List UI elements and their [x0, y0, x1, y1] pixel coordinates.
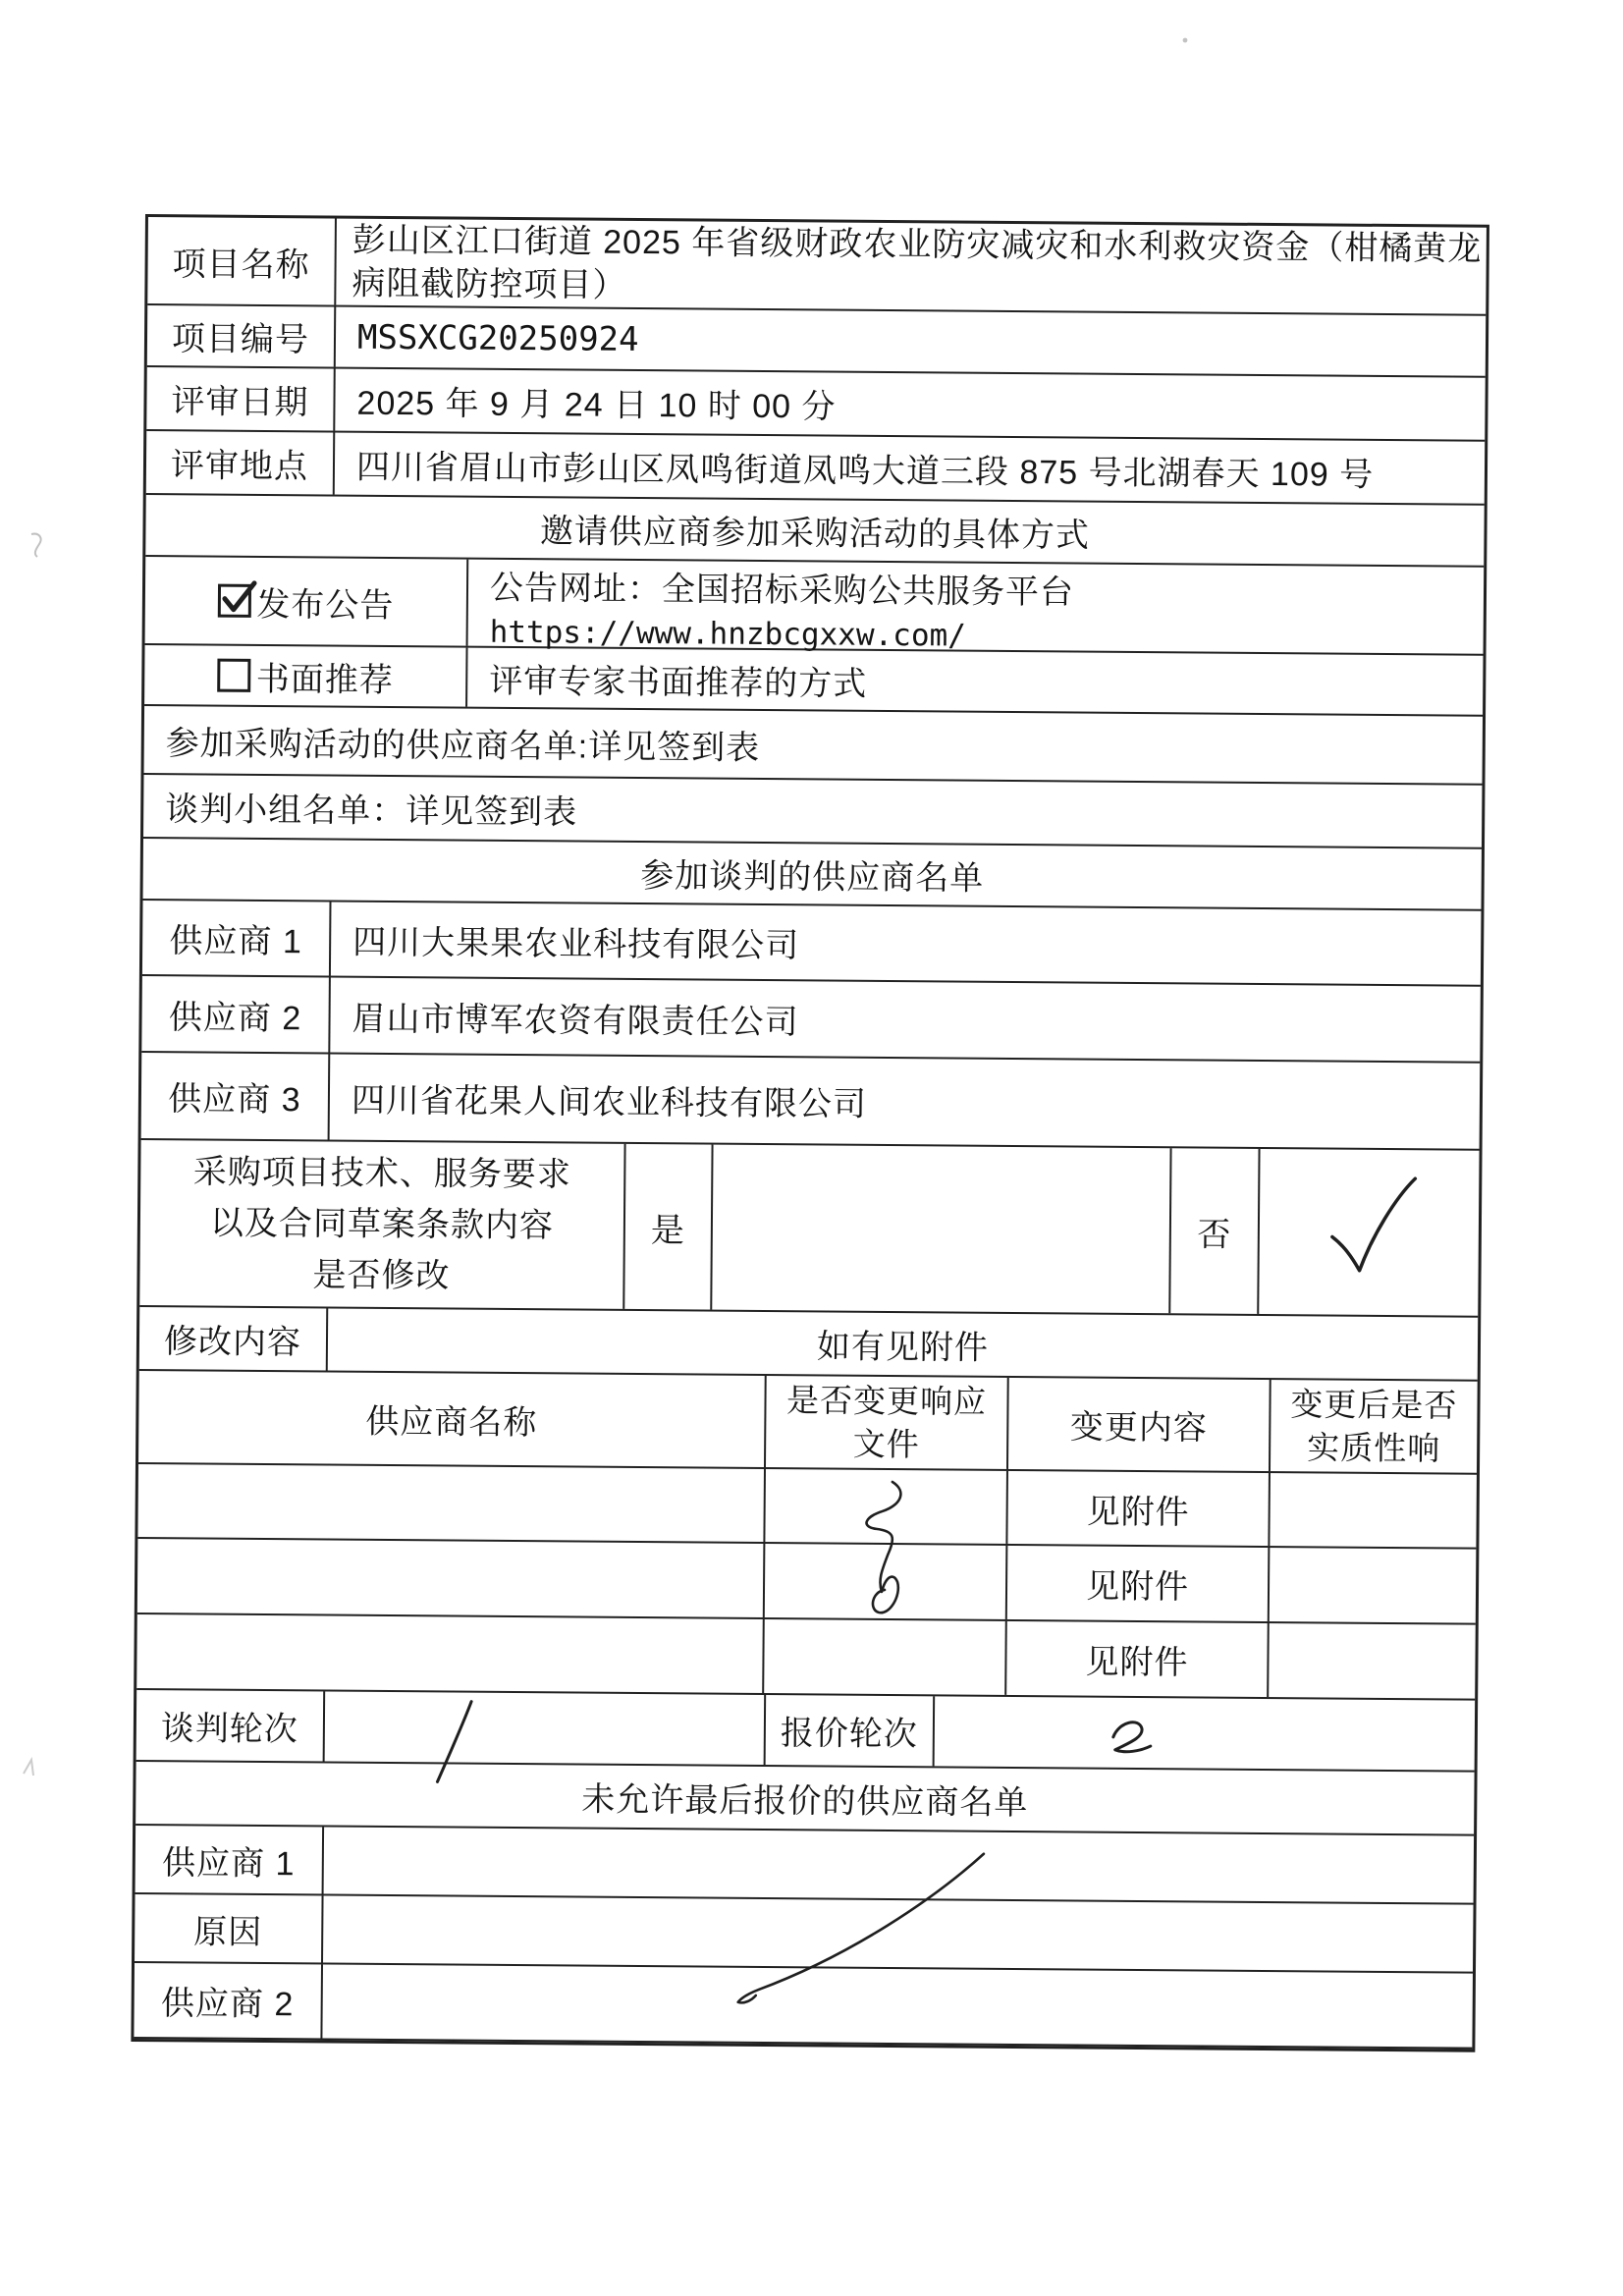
change-table-row-3: 见附件	[136, 1614, 1476, 1701]
row-participants-note: 参加采购活动的供应商名单:详见签到表	[144, 706, 1484, 786]
recommend-checkbox	[217, 659, 250, 692]
procurement-form-table: 项目名称 彭山区江口街道 2025 年省级财政农业防灾减灾和水利救灾资金（柑橘黄…	[131, 214, 1489, 2052]
change-row3-supplier	[136, 1614, 765, 1693]
review-date-label: 评审日期	[146, 367, 335, 431]
excluded-supplier-2-value	[322, 1964, 1473, 2047]
no-final-quote-header: 未允许最后报价的供应商名单	[135, 1762, 1474, 1834]
change-row2-content: 见附件	[1007, 1546, 1271, 1621]
supplier-3-label: 供应商 3	[141, 1053, 331, 1140]
document-page: 项目名称 彭山区江口街道 2025 年省级财政农业防灾减灾和水利救灾资金（柑橘黄…	[0, 0, 1623, 2296]
excluded-reason-value	[323, 1895, 1473, 1971]
announce-option-cell: 发布公告	[145, 557, 469, 646]
change-row3-substantial	[1269, 1623, 1476, 1699]
negotiation-rounds-label: 谈判轮次	[136, 1690, 326, 1762]
change-row1-substantial	[1270, 1473, 1477, 1548]
negotiation-rounds-value	[325, 1691, 767, 1765]
participants-note: 参加采购活动的供应商名单:详见签到表	[144, 706, 1483, 784]
modify-question-line-3: 是否修改	[139, 1248, 622, 1303]
change-row1-response	[765, 1469, 1008, 1544]
row-project-number: 项目编号 MSSXCG20250924	[147, 305, 1486, 378]
change-row1-content: 见附件	[1007, 1471, 1271, 1546]
modify-question-lines: 采购项目技术、服务要求 以及合同草案条款内容 是否修改	[139, 1146, 623, 1303]
invite-method-header: 邀请供应商参加采购活动的具体方式	[145, 495, 1484, 566]
announce-detail-cell: 公告网址：全国招标采购公共服务平台 https://www.hnzbcgxxw.…	[468, 560, 1485, 654]
negotiation-suppliers-header: 参加谈判的供应商名单	[143, 839, 1482, 909]
supplier-1-label: 供应商 1	[142, 901, 332, 976]
announce-option: 发布公告	[217, 576, 394, 626]
excluded-supplier-1-label: 供应商 1	[135, 1826, 325, 1894]
recommend-option-cell: 书面推荐	[144, 645, 467, 707]
modify-no-value	[1259, 1149, 1479, 1316]
change-row3-content: 见附件	[1006, 1621, 1270, 1697]
row-supplier-2: 供应商 2 眉山市博军农资有限责任公司	[141, 976, 1481, 1064]
row-invite-header: 邀请供应商参加采购活动的具体方式	[145, 495, 1484, 568]
modify-question-line-1: 采购项目技术、服务要求	[140, 1146, 623, 1201]
change-table-row-2: 见附件	[137, 1539, 1477, 1625]
change-col-response-doc: 是否变更响应文件	[766, 1376, 1009, 1469]
row-panel-note: 谈判小组名单：详见签到表	[143, 775, 1482, 849]
announce-url-title: 公告网址：全国招标采购公共服务平台	[490, 566, 1484, 619]
review-place-label: 评审地点	[146, 431, 335, 495]
recommend-value: 评审专家书面推荐的方式	[467, 648, 1483, 715]
scan-artifact-dot	[1180, 35, 1190, 45]
row-excluded-reason: 原因	[135, 1894, 1474, 1974]
row-excluded-supplier-2: 供应商 2	[134, 1963, 1473, 2050]
change-row2-supplier	[137, 1539, 766, 1617]
recommend-option: 书面推荐	[217, 651, 394, 700]
row-supplier-3: 供应商 3 四川省花果人间农业科技有限公司	[141, 1053, 1481, 1151]
project-name-label: 项目名称	[147, 217, 337, 305]
row-negotiation-header: 参加谈判的供应商名单	[143, 839, 1482, 911]
quote-rounds-value	[935, 1696, 1476, 1770]
change-col-change-content: 变更内容	[1008, 1378, 1271, 1471]
excluded-supplier-1-value	[324, 1827, 1474, 1902]
row-publish-announcement: 发布公告 公告网址：全国招标采购公共服务平台 https://www.hnzbc…	[145, 557, 1485, 656]
modify-content-value: 如有见附件	[328, 1308, 1478, 1379]
review-place-value: 四川省眉山市彭山区凤鸣街道凤鸣大道三段 875 号北湖春天 109 号	[335, 433, 1485, 504]
modify-question-line-2: 以及合同草案条款内容	[140, 1197, 623, 1252]
change-table-row-1: 见附件	[137, 1464, 1477, 1550]
recommend-label: 书面推荐	[256, 651, 394, 700]
excluded-reason-label: 原因	[135, 1894, 324, 1963]
checkbox-check-mark	[216, 577, 261, 621]
row-written-recommendation: 书面推荐 评审专家书面推荐的方式	[144, 645, 1483, 717]
change-col-supplier-name: 供应商名称	[138, 1371, 767, 1467]
announce-checkbox	[217, 584, 250, 618]
modify-yes-value	[712, 1145, 1171, 1314]
row-modify-question: 采购项目技术、服务要求 以及合同草案条款内容 是否修改 是 否	[139, 1140, 1479, 1318]
scan-artifact-left-bottom	[20, 1756, 41, 1779]
announce-label: 发布公告	[256, 576, 394, 626]
supplier-2-label: 供应商 2	[141, 976, 331, 1053]
quote-rounds-label: 报价轮次	[766, 1695, 936, 1766]
modify-yes-label: 是	[624, 1144, 713, 1310]
change-row3-response	[764, 1619, 1007, 1695]
panel-note: 谈判小组名单：详见签到表	[143, 775, 1482, 847]
row-review-place: 评审地点 四川省眉山市彭山区凤鸣街道凤鸣大道三段 875 号北湖春天 109 号	[146, 431, 1485, 506]
row-supplier-1: 供应商 1 四川大果果农业科技有限公司	[142, 901, 1482, 987]
project-name-value: 彭山区江口街道 2025 年省级财政农业防灾减灾和水利救灾资金（柑橘黄龙病阻截防…	[336, 219, 1487, 314]
supplier-2-name: 眉山市博军农资有限责任公司	[330, 978, 1481, 1062]
scan-artifact-left-top	[26, 530, 51, 560]
row-review-date: 评审日期 2025 年 9 月 24 日 10 时 00 分	[146, 367, 1485, 442]
modify-question-label: 采购项目技术、服务要求 以及合同草案条款内容 是否修改	[139, 1140, 625, 1309]
project-number-value: MSSXCG20250924	[336, 307, 1486, 376]
change-row2-substantial	[1270, 1548, 1477, 1623]
row-excluded-supplier-1: 供应商 1	[135, 1826, 1475, 1905]
change-row1-supplier	[137, 1464, 766, 1542]
excluded-supplier-2-label: 供应商 2	[134, 1963, 323, 2039]
project-number-label: 项目编号	[147, 305, 336, 367]
row-project-name: 项目名称 彭山区江口街道 2025 年省级财政农业防灾减灾和水利救灾资金（柑橘黄…	[147, 217, 1487, 316]
modify-content-label: 修改内容	[139, 1307, 328, 1371]
review-date-value: 2025 年 9 月 24 日 10 时 00 分	[335, 369, 1485, 440]
supplier-1-name: 四川大果果农业科技有限公司	[331, 902, 1482, 985]
row-modify-content: 修改内容 如有见附件	[139, 1307, 1478, 1382]
row-rounds: 谈判轮次 报价轮次	[136, 1690, 1476, 1773]
modify-no-label: 否	[1170, 1148, 1260, 1314]
change-col-substantial: 变更后是否实质性响	[1271, 1380, 1478, 1473]
row-change-table-header: 供应商名称 是否变更响应文件 变更内容 变更后是否实质性响	[138, 1371, 1478, 1475]
row-no-final-header: 未允许最后报价的供应商名单	[135, 1762, 1474, 1836]
change-row2-response	[765, 1544, 1008, 1619]
supplier-3-name: 四川省花果人间农业科技有限公司	[330, 1055, 1481, 1149]
